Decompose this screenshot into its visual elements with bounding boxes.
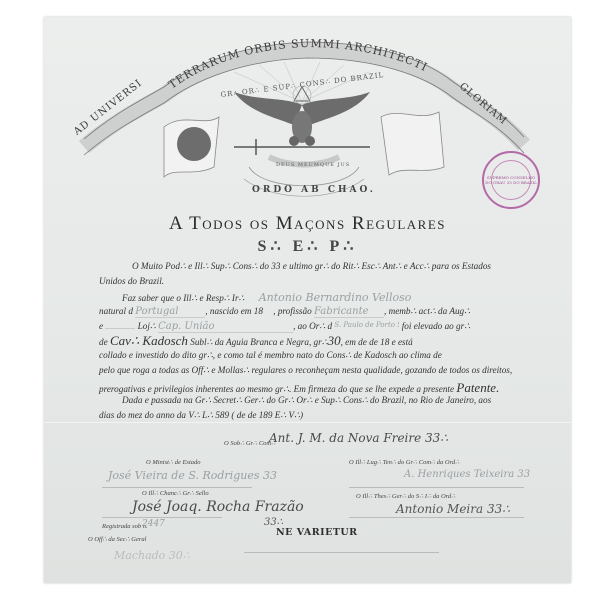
chancellor-caption: O Ill∴ Chanc∴ Gr∴ Sello — [142, 489, 209, 497]
treasurer-caption: O Ill∴ Thes∴ Ger∴ do S∴ I∴ da Ord∴ — [356, 492, 455, 500]
ne-varietur-label: NE VARIETUR — [276, 527, 358, 538]
body-text: e — [99, 321, 103, 331]
body-line-4: natural d Portugal, nascido em 18 , prof… — [99, 306, 470, 318]
body-text: , em de de 18 e está — [341, 337, 413, 347]
recipient-name-handwritten: Antonio Bernardino Velloso — [259, 291, 412, 304]
body-text: natural d — [99, 306, 133, 316]
body-text: prerogativas e privilegios inherentes ao… — [99, 384, 454, 394]
body-line-9: prerogativas e privilegios inherentes ao… — [99, 380, 499, 396]
minister-signature: José Vieira de S. Rodrigues 33 — [108, 469, 277, 482]
registration-number: 2447 — [142, 519, 165, 529]
seal-text: SUPREMO CONSELHO DO GRAU 33 DO BRAZIL — [484, 175, 538, 185]
purple-stamp-seal: SUPREMO CONSELHO DO GRAU 33 DO BRAZIL — [482, 151, 540, 209]
lieutenant-commander-caption: O Ill∴ Lug∴ Ten∴ do Gr∴ Com∴ da Ord∴ — [349, 458, 459, 466]
signature-line — [102, 487, 252, 488]
motto-text: ORDO AB CHAO. — [252, 185, 376, 195]
body-line-2: Unidos do Brazil. — [99, 276, 164, 286]
body-line-3: Faz saber que o Ill∴ e Resp∴ Ir∴ Antonio… — [122, 291, 411, 304]
profession-handwritten: Fabricante — [314, 306, 384, 318]
degree-name: Cav∴ Kadosch — [110, 333, 188, 348]
signature-line — [244, 552, 439, 553]
body-line-5: e Loj∴ Cap. União, ao Or∴ d S. Paulo de … — [99, 321, 470, 333]
signature-line — [102, 517, 222, 518]
salutation: S∴ E∴ P∴ — [44, 236, 571, 256]
registered-caption: Registrada sob n. — [102, 523, 148, 530]
signature-line — [349, 517, 524, 518]
certificate-paper: TERRARUM ORBIS SUMMI ARCHITECTI AD UNIVE… — [44, 17, 571, 583]
body-text: Loj∴ — [138, 321, 156, 331]
page-title: A Todos os Maçons Regulares — [44, 213, 571, 235]
body-line-6: de Cav∴ Kadosch Subl∴ da Aguia Branca e … — [99, 333, 413, 349]
body-line-1: O Muito Pod∴ e Ill∴ Sup∴ Cons∴ do 33 e u… — [132, 261, 491, 272]
body-text: , profissão — [273, 306, 311, 316]
patent-word: Patente. — [456, 380, 499, 395]
eagle-ribbon-text: DEUS MEUMQUE JUS — [276, 162, 350, 168]
birthplace-handwritten: Portugal — [135, 306, 205, 318]
body-line-7: collado e investido do dito gr∴, e como … — [99, 350, 442, 361]
paper-fold — [44, 422, 571, 423]
degree-number: 30 — [328, 333, 341, 348]
secretary-caption: O Off∴ da Sec∴ Geral — [88, 535, 146, 543]
orient-handwritten: S. Paulo de Porto Seguro — [334, 321, 399, 329]
body-text: foi elevado ao gr∴ — [402, 321, 470, 331]
grand-commander-caption: O Sob∴ Gr∴ Com∴ — [224, 439, 275, 447]
body-text: Subl∴ da Aguia Branca e Negra, gr∴ — [190, 337, 327, 347]
lieutenant-commander-signature: A. Henriques Teixeira 33 — [404, 469, 530, 480]
body-text: de — [99, 337, 108, 347]
signature-line — [349, 487, 524, 488]
minister-caption: O Minist∴ de Estado — [146, 458, 201, 466]
blank-field — [105, 328, 135, 329]
secretary-signature: Machado 30∴ — [114, 549, 190, 562]
chancellor-signature: José Joaq. Rocha Frazão — [132, 499, 304, 515]
body-text: , memb∴ act∴ da Aug∴ — [384, 306, 470, 316]
grand-commander-signature: Ant. J. M. da Nova Freire 33∴ — [269, 431, 448, 445]
body-line-11: dias do mez do anno da V∴ L∴ 589 ( de de… — [99, 410, 303, 421]
body-line-10: Dada e passada na Gr∴ Secret∴ Ger∴ do Gr… — [122, 395, 491, 406]
treasurer-signature: Antonio Meira 33∴ — [396, 502, 510, 516]
body-text: , ao Or∴ d — [293, 321, 332, 331]
lodge-name-handwritten: Cap. União — [158, 321, 293, 333]
body-line-8: pelo que roga a todas as Off∴ e Mollas∴ … — [99, 365, 512, 376]
body-text: Faz saber que o Ill∴ e Resp∴ Ir∴ — [122, 293, 244, 303]
body-text: , nascido em 18 — [205, 306, 263, 316]
